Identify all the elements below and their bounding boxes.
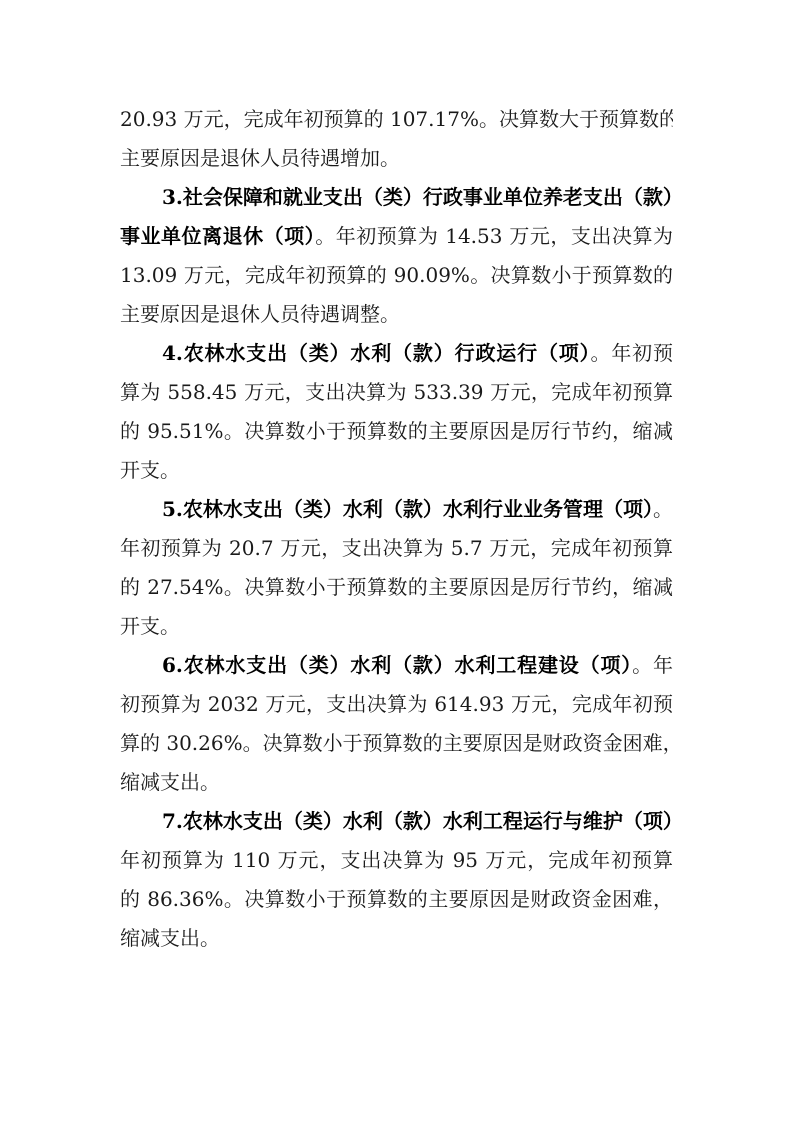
text-line: 算为 558.45 万元，支出决算为 533.39 万元，完成年初预算 xyxy=(120,373,673,412)
body-text: 。年初预 xyxy=(590,341,673,365)
item-heading: 事业单位离退休（项） xyxy=(120,224,315,248)
body-text: 主要原因是退休人员待遇增加。 xyxy=(120,146,400,170)
body-text: 年初预算为 110 万元，支出决算为 95 万元，完成年初预算 xyxy=(120,848,673,872)
text-line: 20.93 万元，完成年初预算的 107.17%。决算数大于预算数的 xyxy=(120,100,673,139)
body-text: 年初预算为 20.7 万元，支出决算为 5.7 万元，完成年初预算 xyxy=(120,536,673,560)
text-line: 算的 30.26%。决算数小于预算数的主要原因是财政资金困难， xyxy=(120,724,673,763)
text-line: 事业单位离退休（项）。年初预算为 14.53 万元，支出决算为 xyxy=(120,217,673,256)
text-line: 主要原因是退休人员待遇调整。 xyxy=(120,295,673,334)
text-line: 初预算为 2032 万元，支出决算为 614.93 万元，完成年初预 xyxy=(120,685,673,724)
paragraph-item-6: 6.农林水支出（类）水利（款）水利工程建设（项）。年初预算为 2032 万元，支… xyxy=(120,646,673,802)
text-line: 6.农林水支出（类）水利（款）水利工程建设（项）。年 xyxy=(120,646,673,685)
text-line: 13.09 万元，完成年初预算的 90.09%。决算数小于预算数的 xyxy=(120,256,673,295)
text-line: 7.农林水支出（类）水利（款）水利工程运行与维护（项）。 xyxy=(120,802,673,841)
body-text: 。年 xyxy=(632,653,673,677)
text-line: 的 27.54%。决算数小于预算数的主要原因是厉行节约，缩减 xyxy=(120,568,673,607)
text-line: 4.农林水支出（类）水利（款）行政运行（项）。年初预 xyxy=(120,334,673,373)
text-line: 年初预算为 20.7 万元，支出决算为 5.7 万元，完成年初预算 xyxy=(120,529,673,568)
paragraph-item-3: 3.社会保障和就业支出（类）行政事业单位养老支出（款）事业单位离退休（项）。年初… xyxy=(120,178,673,334)
paragraph-item-4: 4.农林水支出（类）水利（款）行政运行（项）。年初预算为 558.45 万元，支… xyxy=(120,334,673,490)
text-line: 5.农林水支出（类）水利（款）水利行业业务管理（项）。 xyxy=(120,490,673,529)
body-text: 20.93 万元，完成年初预算的 107.17%。决算数大于预算数的 xyxy=(120,107,673,131)
body-text: 的 95.51%。决算数小于预算数的主要原因是厉行节约，缩减 xyxy=(120,419,673,443)
body-text: 缩减支出。 xyxy=(120,770,220,794)
item-heading: 5.农林水支出（类）水利（款）水利行业业务管理（项） xyxy=(162,497,653,521)
paragraph-item-7: 7.农林水支出（类）水利（款）水利工程运行与维护（项）。年初预算为 110 万元… xyxy=(120,802,673,958)
item-heading: 6.农林水支出（类）水利（款）水利工程建设（项） xyxy=(162,653,632,677)
body-text: 初预算为 2032 万元，支出决算为 614.93 万元，完成年初预 xyxy=(120,692,673,716)
text-line: 开支。 xyxy=(120,607,673,646)
body-text: 主要原因是退休人员待遇调整。 xyxy=(120,302,400,326)
item-heading: 3.社会保障和就业支出（类）行政事业单位养老支出（款） xyxy=(162,185,673,209)
body-text: 缩减支出。 xyxy=(120,926,220,950)
paragraph-continuation: 20.93 万元，完成年初预算的 107.17%。决算数大于预算数的主要原因是退… xyxy=(120,100,673,178)
text-line: 缩减支出。 xyxy=(120,919,673,958)
body-text: 算为 558.45 万元，支出决算为 533.39 万元，完成年初预算 xyxy=(120,380,673,404)
text-line: 开支。 xyxy=(120,451,673,490)
body-text: 13.09 万元，完成年初预算的 90.09%。决算数小于预算数的 xyxy=(120,263,673,287)
text-line: 的 95.51%。决算数小于预算数的主要原因是厉行节约，缩减 xyxy=(120,412,673,451)
document-page: 20.93 万元，完成年初预算的 107.17%。决算数大于预算数的主要原因是退… xyxy=(120,100,673,958)
text-line: 年初预算为 110 万元，支出决算为 95 万元，完成年初预算 xyxy=(120,841,673,880)
text-line: 的 86.36%。决算数小于预算数的主要原因是财政资金困难， xyxy=(120,880,673,919)
item-heading: 7.农林水支出（类）水利（款）水利工程运行与维护（项） xyxy=(162,809,673,833)
body-text: 算的 30.26%。决算数小于预算数的主要原因是财政资金困难， xyxy=(120,731,673,755)
text-line: 缩减支出。 xyxy=(120,763,673,802)
text-line: 主要原因是退休人员待遇增加。 xyxy=(120,139,673,178)
body-text: 。 xyxy=(653,497,673,521)
body-text: 。年初预算为 14.53 万元，支出决算为 xyxy=(315,224,673,248)
body-text: 开支。 xyxy=(120,614,180,638)
text-line: 3.社会保障和就业支出（类）行政事业单位养老支出（款） xyxy=(120,178,673,217)
body-text: 开支。 xyxy=(120,458,180,482)
body-text: 的 86.36%。决算数小于预算数的主要原因是财政资金困难， xyxy=(120,887,673,911)
paragraph-item-5: 5.农林水支出（类）水利（款）水利行业业务管理（项）。年初预算为 20.7 万元… xyxy=(120,490,673,646)
body-text: 的 27.54%。决算数小于预算数的主要原因是厉行节约，缩减 xyxy=(120,575,673,599)
item-heading: 4.农林水支出（类）水利（款）行政运行（项） xyxy=(162,341,590,365)
